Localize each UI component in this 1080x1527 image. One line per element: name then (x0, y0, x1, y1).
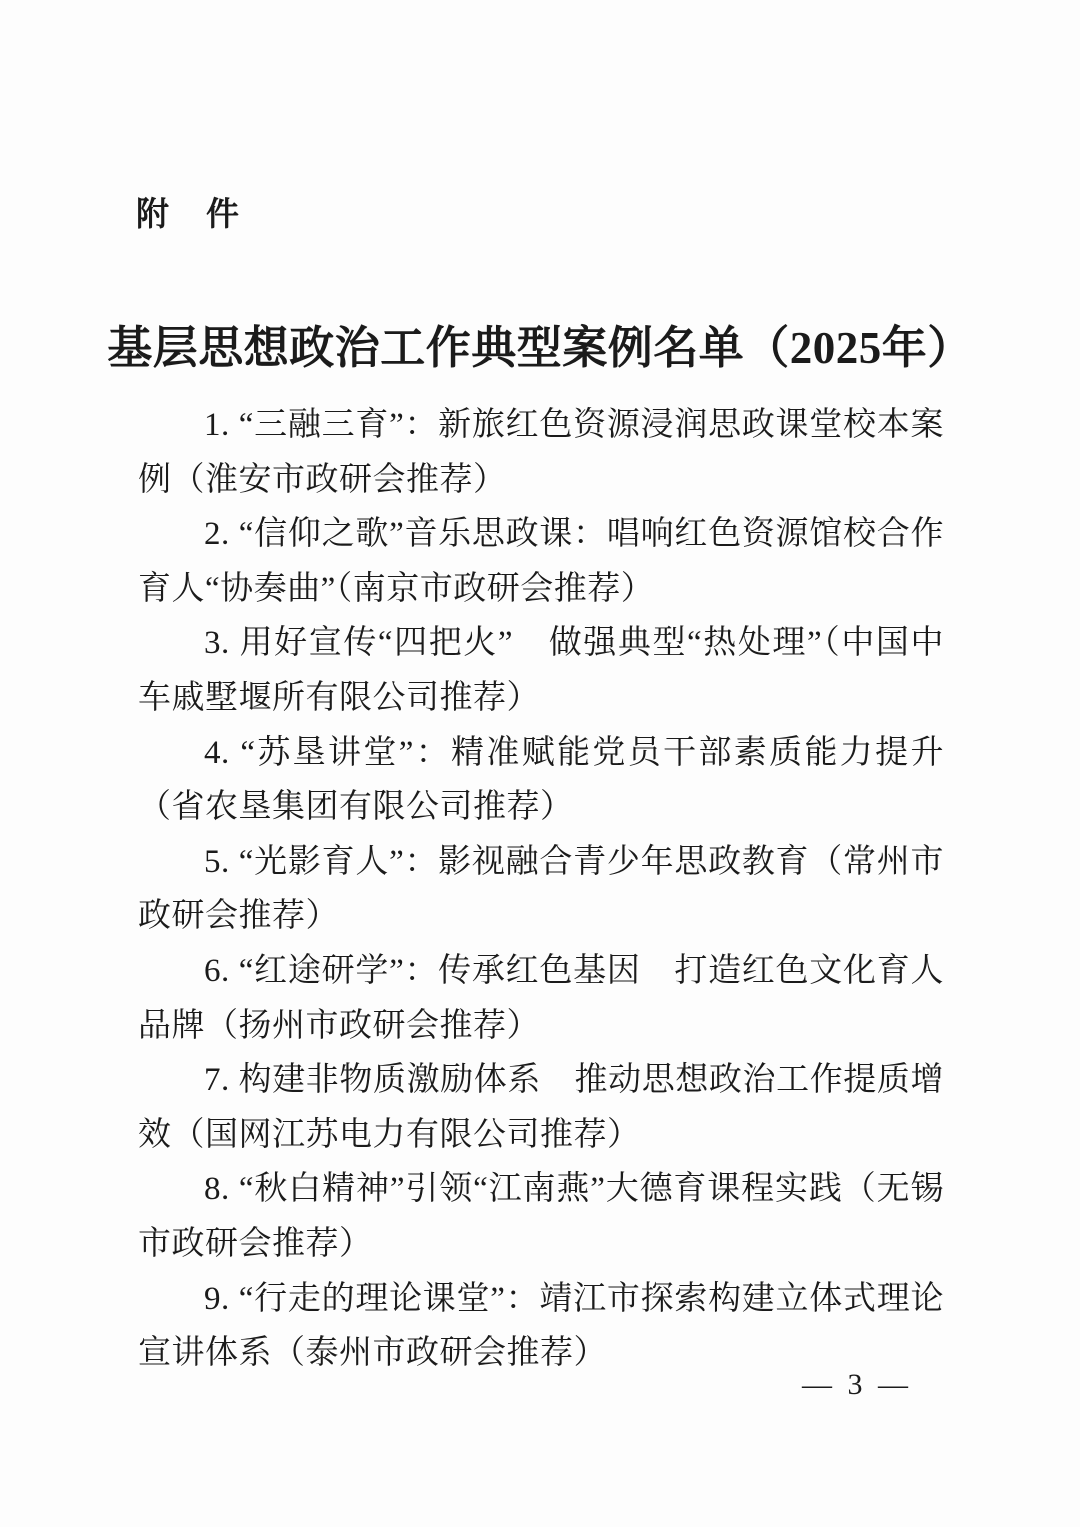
page-title: 基层思想政治工作典型案例名单（2025年） (0, 311, 1080, 376)
attachment-label: 附 件 (136, 188, 241, 235)
list-item: 8. “秋白精神”引领“江南燕”大德育课程实践（无锡市政研会推荐） (138, 1162, 944, 1271)
list-item: 7. 构建非物质激励体系 推动思想政治工作提质增效（国网江苏电力有限公司推荐） (138, 1053, 944, 1162)
page-number: — 3 — (802, 1368, 912, 1402)
list-item: 2. “信仰之歌”音乐思政课：唱响红色资源馆校合作育人“协奏曲”（南京市政研会推… (138, 507, 944, 616)
list-item: 6. “红途研学”：传承红色基因 打造红色文化育人品牌（扬州市政研会推荐） (138, 944, 944, 1053)
case-list: 1. “三融三育”：新旅红色资源浸润思政课堂校本案例（淮安市政研会推荐） 2. … (138, 398, 944, 1381)
list-item: 3. 用好宣传“四把火” 做强典型“热处理”（中国中车戚墅堰所有限公司推荐） (138, 616, 944, 725)
list-item: 5. “光影育人”：影视融合青少年思政教育（常州市政研会推荐） (138, 835, 944, 944)
list-item: 1. “三融三育”：新旅红色资源浸润思政课堂校本案例（淮安市政研会推荐） (138, 398, 944, 507)
document-page: 附 件 基层思想政治工作典型案例名单（2025年） 1. “三融三育”：新旅红色… (0, 0, 1080, 1527)
list-item: 4. “苏垦讲堂”：精准赋能党员干部素质能力提升（省农垦集团有限公司推荐） (138, 726, 944, 835)
list-item: 9. “行走的理论课堂”：靖江市探索构建立体式理论宣讲体系（泰州市政研会推荐） (138, 1272, 944, 1381)
